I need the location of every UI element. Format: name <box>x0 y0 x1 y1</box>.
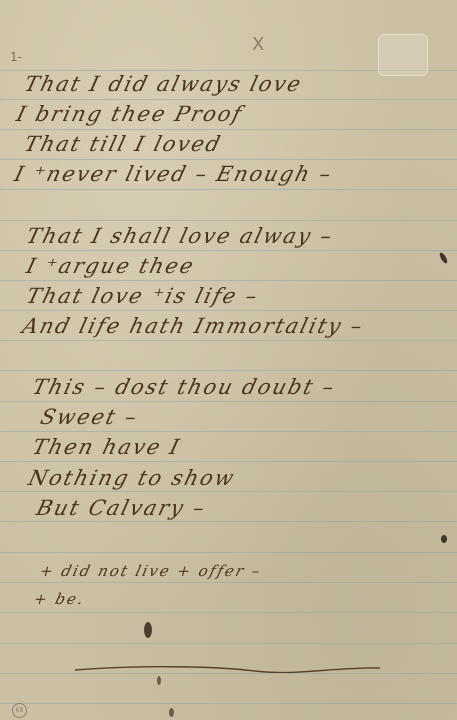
library-stamp <box>378 34 428 76</box>
poem-line: But Calvary – <box>34 496 209 520</box>
ruled-line <box>0 340 457 341</box>
ruled-line <box>0 552 457 553</box>
variant-line: + did not live + offer – <box>38 562 264 580</box>
poem-line: I ⁺never lived – Enough – <box>12 162 335 186</box>
ruled-line <box>0 250 457 251</box>
ink-blot <box>157 676 161 685</box>
ink-blot <box>144 622 152 638</box>
closing-flourish <box>75 665 380 673</box>
ruled-line <box>0 129 457 130</box>
poem-line: Then have I <box>30 435 183 459</box>
ink-blot <box>169 708 174 717</box>
x-mark: X <box>252 34 264 55</box>
folio-mark: 1- <box>10 50 22 64</box>
poem-line: This – dost thou doubt – <box>30 375 338 399</box>
ruled-line <box>0 370 457 371</box>
ruled-line <box>0 220 457 221</box>
poem-line: And life hath Immortality – <box>20 314 366 338</box>
variant-line: + be. <box>32 590 87 608</box>
ruled-line <box>0 491 457 492</box>
ruled-line <box>0 582 457 583</box>
ruled-line <box>0 643 457 644</box>
manuscript-page: 1- X That I did always love I bring thee… <box>0 0 457 720</box>
poem-line: I bring thee Proof <box>14 102 246 126</box>
ink-blot <box>438 252 448 265</box>
ink-blot <box>441 535 447 543</box>
ruled-line <box>0 612 457 613</box>
ruled-line <box>0 189 457 190</box>
ruled-line <box>0 401 457 402</box>
poem-line: That love ⁺is life – <box>24 284 262 308</box>
poem-line: I ⁺argue thee <box>24 254 197 278</box>
ruled-line <box>0 521 457 522</box>
ruled-line <box>0 673 457 674</box>
ruled-line <box>0 99 457 100</box>
ruled-line <box>0 310 457 311</box>
ruled-line <box>0 280 457 281</box>
ruled-line <box>0 431 457 432</box>
ruled-line <box>0 461 457 462</box>
poem-line: That I shall love alway – <box>24 224 336 248</box>
poem-line: Nothing to show <box>26 466 238 490</box>
ruled-line <box>0 159 457 160</box>
poem-line: That I did always love <box>22 72 305 96</box>
poem-line: Sweet – <box>38 405 141 429</box>
poem-line: That till I loved <box>22 132 224 156</box>
archive-number: 68 <box>12 703 27 718</box>
ruled-line <box>0 703 457 704</box>
